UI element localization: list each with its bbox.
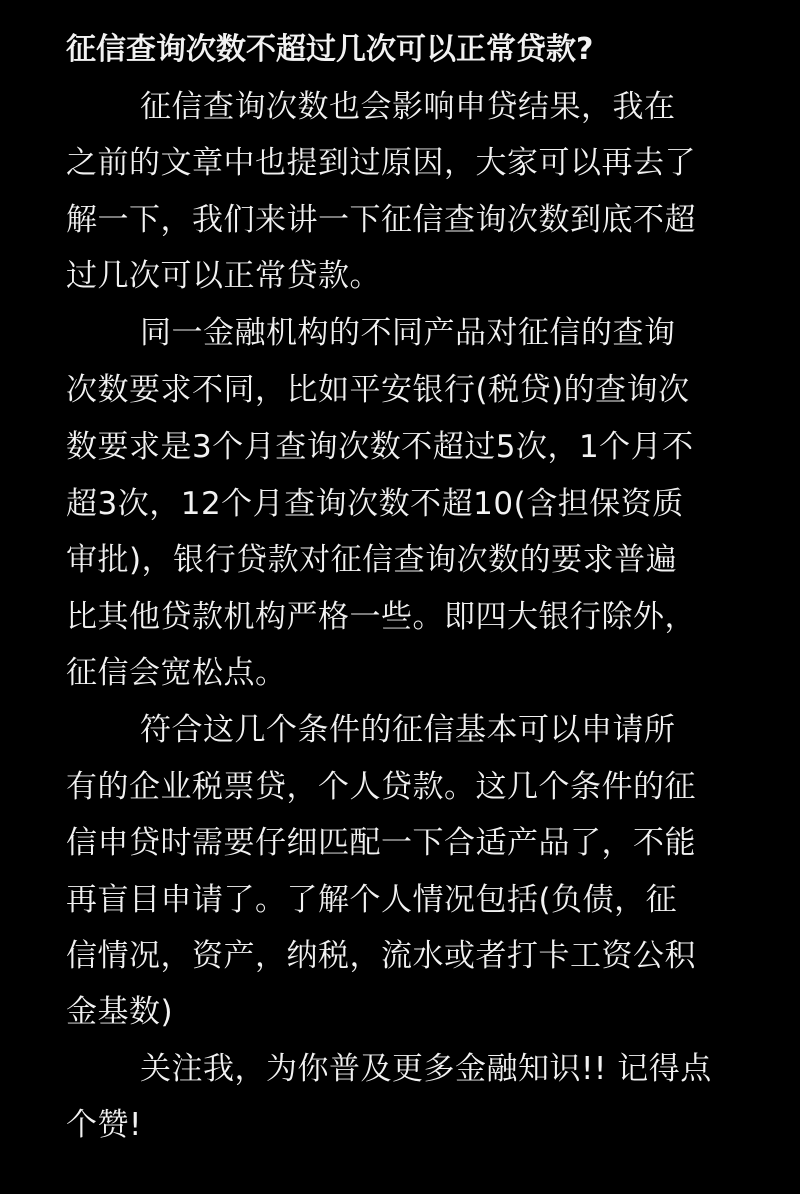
paragraph-2-line-1: 同一金融机构的不同产品对征信的查询 — [140, 311, 676, 355]
paragraph-3-line-3: 信申贷时需要仔细匹配一下合适产品了，不能 — [66, 821, 696, 865]
paragraph-4-line-1: 关注我，为你普及更多金融知识!! 记得点 — [140, 1047, 712, 1091]
paragraph-1-line-4: 过几次可以正常贷款。 — [66, 254, 381, 298]
paragraph-1-line-3: 解一下，我们来讲一下征信查询次数到底不超 — [66, 198, 696, 242]
paragraph-2-line-6: 比其他贷款机构严格一些。即四大银行除外， — [66, 595, 696, 639]
paragraph-4-line-2: 个赞! — [66, 1103, 142, 1147]
paragraph-2-line-4: 超3次，12个月查询次数不超10(含担保资质 — [66, 482, 684, 526]
article-title: 征信查询次数不超过几次可以正常贷款? — [66, 28, 786, 72]
paragraph-2-line-7: 征信会宽松点。 — [66, 651, 287, 695]
paragraph-1-line-1: 征信查询次数也会影响申贷结果，我在 — [140, 85, 676, 129]
paragraph-2-line-5: 审批)，银行贷款对征信查询次数的要求普遍 — [66, 538, 677, 582]
article-page: 征信查询次数不超过几次可以正常贷款? 征信查询次数也会影响申贷结果，我在 之前的… — [0, 0, 800, 1194]
paragraph-1-line-2: 之前的文章中也提到过原因，大家可以再去了 — [66, 141, 696, 185]
paragraph-3-line-5: 信情况，资产，纳税，流水或者打卡工资公积 — [66, 934, 696, 978]
paragraph-3-line-4: 再盲目申请了。了解个人情况包括(负债，征 — [66, 878, 677, 922]
paragraph-3-line-2: 有的企业税票贷，个人贷款。这几个条件的征 — [66, 765, 696, 809]
paragraph-2-line-3: 数要求是3个月查询次数不超过5次，1个月不 — [66, 425, 694, 469]
paragraph-3-line-1: 符合这几个条件的征信基本可以申请所 — [140, 708, 676, 752]
paragraph-2-line-2: 次数要求不同，比如平安银行(税贷)的查询次 — [66, 368, 690, 412]
paragraph-3-line-6: 金基数) — [66, 990, 173, 1034]
